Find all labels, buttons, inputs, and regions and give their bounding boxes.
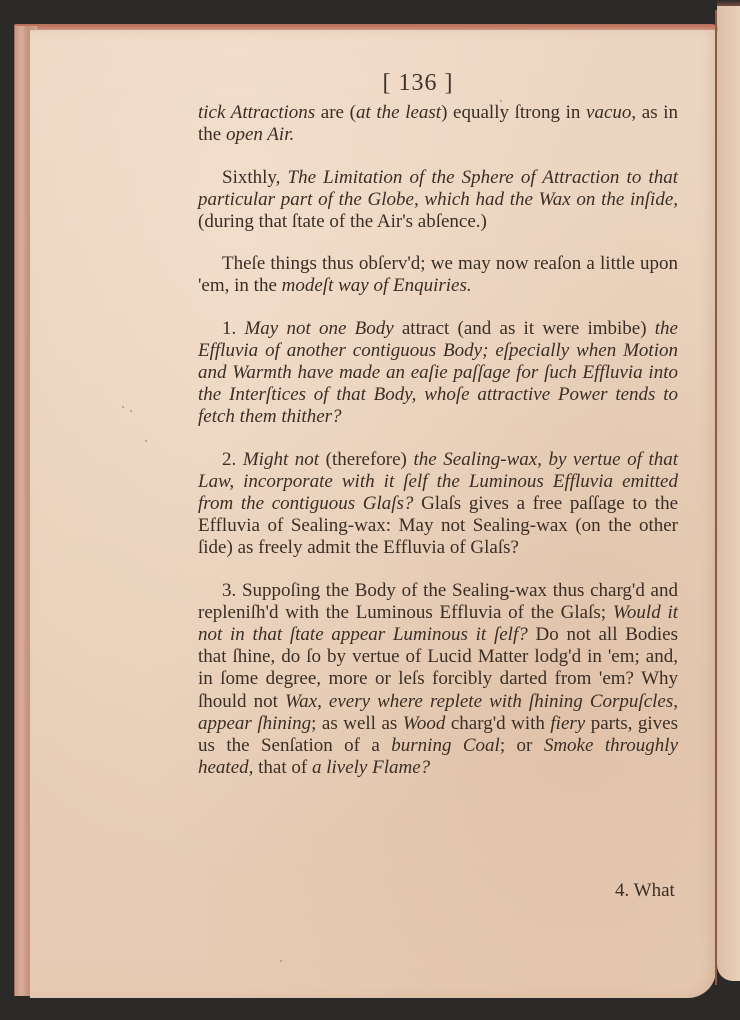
paper-speck: [145, 440, 147, 442]
roman-run: 3. Suppoſing the Body of the Sealing-wax…: [198, 580, 678, 623]
paragraph-query-2: 2. Might not (therefore) the Sealing-wax…: [198, 449, 678, 560]
page-text: [ 136 ] tick Attractions are (at the lea…: [198, 72, 678, 799]
italic-run: Attractions: [231, 102, 315, 123]
italic-run: May not one Body: [244, 318, 393, 339]
catchword: 4. What: [615, 880, 675, 902]
italic-run: fiery: [550, 713, 585, 734]
paragraph-these-things: Theſe things thus obſerv'd; we may now r…: [198, 253, 678, 297]
roman-run: 1.: [222, 318, 244, 339]
italic-run: modeſt way of Enquiries.: [282, 275, 472, 296]
roman-run: 2.: [222, 449, 243, 470]
roman-run: (therefore): [319, 449, 413, 470]
paper-speck: [122, 406, 124, 408]
italic-run: tick: [198, 102, 231, 123]
italic-run: vacuo: [586, 102, 631, 123]
italic-run: burning Coal: [391, 735, 500, 756]
paper-speck: [280, 960, 282, 962]
roman-run: that of: [253, 757, 312, 778]
roman-run: Sixthly,: [222, 167, 288, 188]
roman-run: ) equally ſtrong in: [441, 102, 586, 123]
roman-run: ; or: [500, 735, 544, 756]
italic-run: Wood: [403, 713, 446, 734]
italic-run: open Air.: [226, 124, 294, 145]
paragraph-query-1: 1. May not one Body attract (and as it w…: [198, 318, 678, 429]
roman-run: charg'd with: [445, 713, 550, 734]
roman-run: attract (and as it were imbibe): [394, 318, 655, 339]
roman-run: (during that ſtate of the Air's abſence.…: [198, 211, 487, 232]
facing-page-edge: [717, 6, 740, 981]
italic-run: Might not: [243, 449, 319, 470]
gutter-fold: [715, 10, 717, 985]
roman-run: ; as well as: [311, 713, 403, 734]
paragraph-sixthly: Sixthly, The Limitation of the Sphere of…: [198, 167, 678, 234]
italic-run: at the least: [356, 102, 441, 123]
paragraph-continuation: tick Attractions are (at the least) equa…: [198, 102, 678, 146]
roman-run: are (: [315, 102, 356, 123]
italic-run: a lively Flame?: [312, 757, 430, 778]
book-scan: [ 136 ] tick Attractions are (at the lea…: [0, 0, 740, 1020]
paper-speck: [130, 410, 132, 412]
paragraph-query-3: 3. Suppoſing the Body of the Sealing-wax…: [198, 580, 678, 780]
page-number: [ 136 ]: [198, 72, 678, 94]
